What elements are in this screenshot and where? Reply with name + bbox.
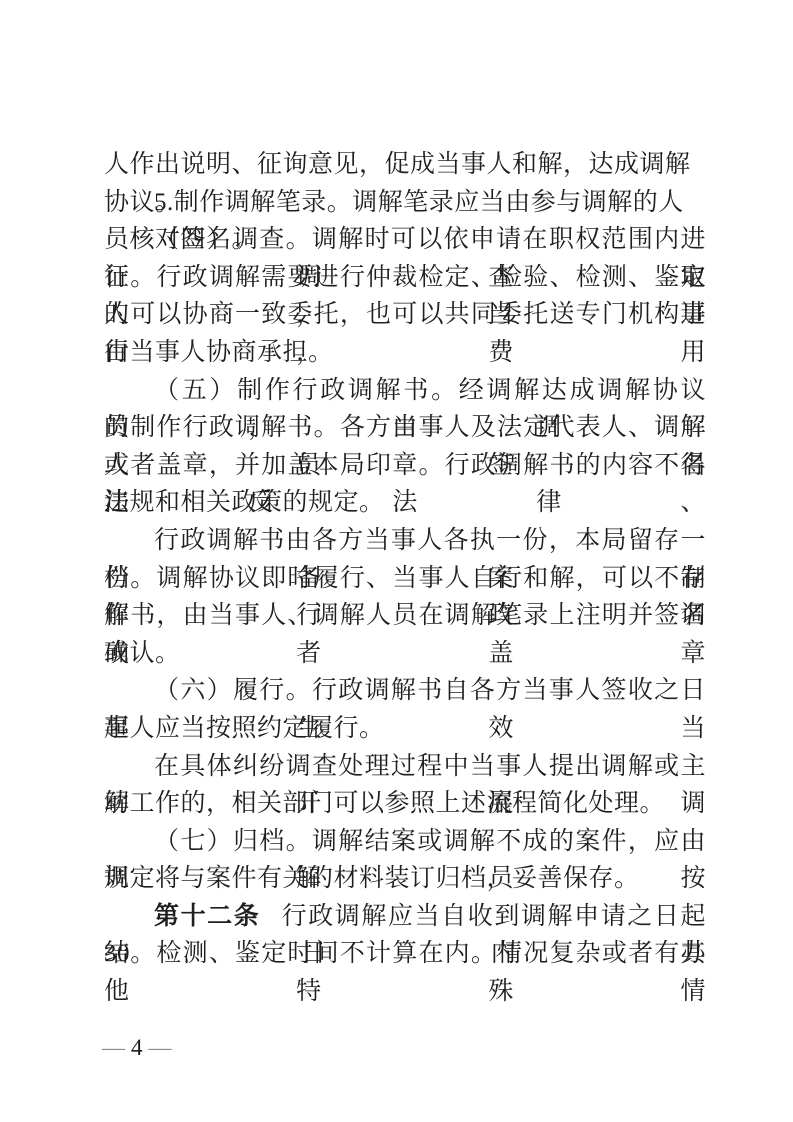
text-line: 结。检测、鉴定时间不计算在内。情况复杂或者有其他特殊情: [104, 935, 706, 973]
text-line: 人作出说明、征询意见，促成当事人和解，达成调解协议。: [104, 146, 706, 184]
text-line: 证。行政调解需要进行仲裁检定、检验、检测、鉴定的，当事: [104, 259, 706, 297]
text-line: 解工作的，相关部门可以参照上述流程简化处理。: [104, 785, 706, 823]
text-line: （四）调查。调解时可以依申请在职权范围内进行调查取: [104, 221, 706, 259]
page-number-right-dash: —: [149, 1035, 172, 1060]
text-line: 在具体纠纷调查处理过程中当事人提出调解或主动开展调: [104, 748, 706, 786]
text-line: 人可以协商一致委托，也可以共同委托送专门机构进行，费用: [104, 296, 706, 334]
page-number-value: 4: [125, 1035, 149, 1060]
text-line: 或者盖章，并加盖本局印章。行政调解书的内容不得违反法律、: [104, 447, 706, 485]
article-number-label: 第十二条: [154, 903, 260, 930]
document-body: 人作出说明、征询意见，促成当事人和解，达成调解协议。 5.制作调解笔录。调解笔录…: [104, 146, 706, 973]
text-line: 解书，由当事人、调解人员在调解笔录上注明并签名或者盖章: [104, 597, 706, 635]
text-line: 行政调解书由各方当事人各执一份，本局留存一份备案存: [104, 522, 706, 560]
page-number-left-dash: —: [102, 1035, 125, 1060]
text-line: 档。调解协议即时履行、当事人自行和解，可以不制作行政调: [104, 560, 706, 598]
document-page: 人作出说明、征询意见，促成当事人和解，达成调解协议。 5.制作调解笔录。调解笔录…: [0, 0, 793, 1122]
text-line: （五）制作行政调解书。经调解达成调解协议的，由调解: [104, 372, 706, 410]
page-number: —4—: [102, 1034, 172, 1062]
text-line: （六）履行。行政调解书自各方当事人签收之日起生效当: [104, 672, 706, 710]
article-12-line: 第十二条行政调解应当自收到调解申请之日起 30 日内办: [104, 898, 706, 936]
text-line: （七）归档。调解结案或调解不成的案件，应由调解员按: [104, 823, 706, 861]
text-line: 5.制作调解笔录。调解笔录应当由参与调解的人员核对签名。: [104, 184, 706, 222]
text-line: 员制作行政调解书。各方当事人及法定代表人、调解人员签名: [104, 409, 706, 447]
text-line: 规定将与案件有关的材料装订归档，妥善保存。: [104, 860, 706, 898]
